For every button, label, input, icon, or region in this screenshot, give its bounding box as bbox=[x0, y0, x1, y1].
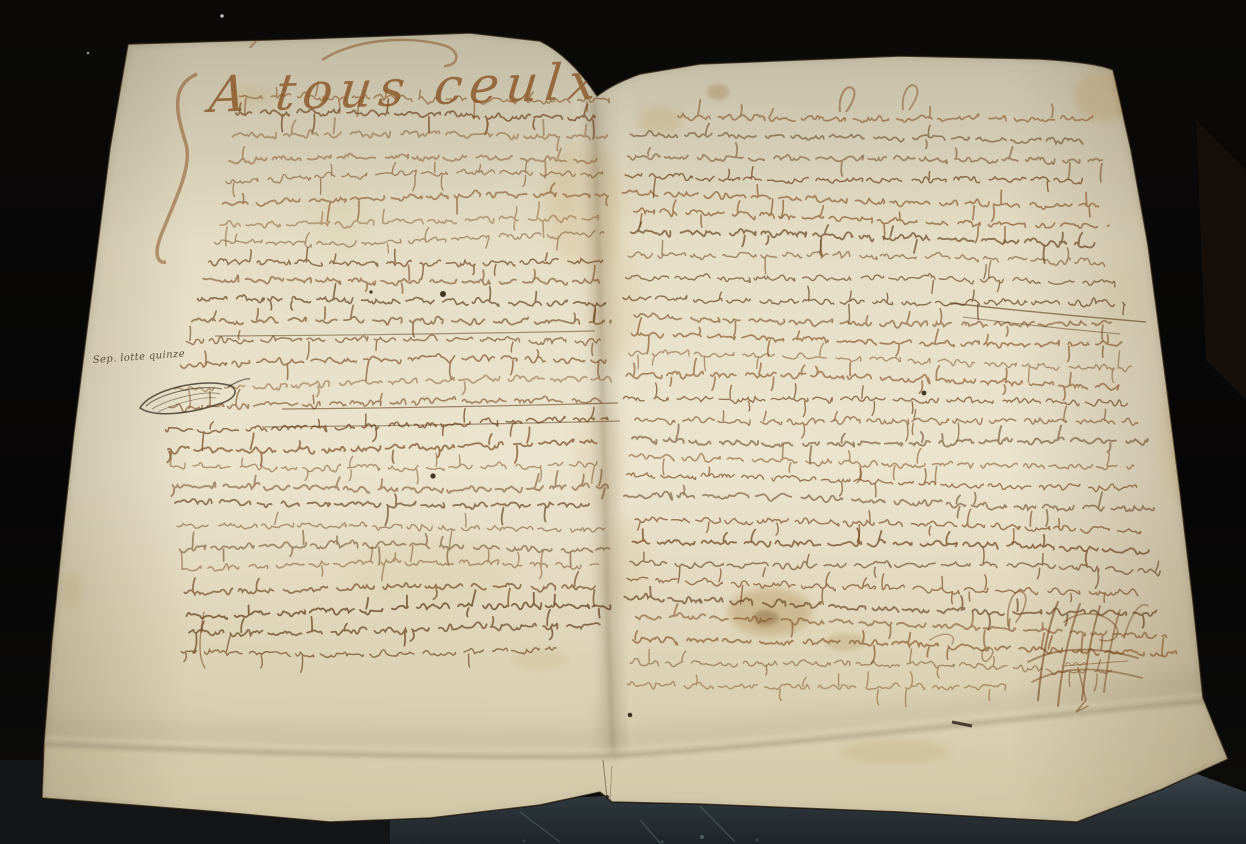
dust-speck bbox=[523, 840, 526, 843]
dust-speck bbox=[87, 52, 90, 55]
dust-speck bbox=[220, 14, 223, 17]
ink-blot bbox=[628, 713, 633, 718]
photo-of-parchment-manuscript: A tous ceulx Sep. lotte quinze bbox=[0, 0, 1246, 844]
ink-blot bbox=[430, 473, 435, 478]
dust-speck bbox=[660, 840, 664, 844]
manuscript-photo-canvas: A tous ceulx Sep. lotte quinze bbox=[0, 0, 1246, 844]
edge-inner-shadow bbox=[42, 33, 1228, 822]
ink-blot bbox=[922, 391, 927, 396]
dust-speck bbox=[756, 839, 759, 842]
dust-speck bbox=[700, 835, 704, 839]
ink-blot bbox=[369, 290, 372, 293]
ink-blot bbox=[440, 291, 446, 297]
